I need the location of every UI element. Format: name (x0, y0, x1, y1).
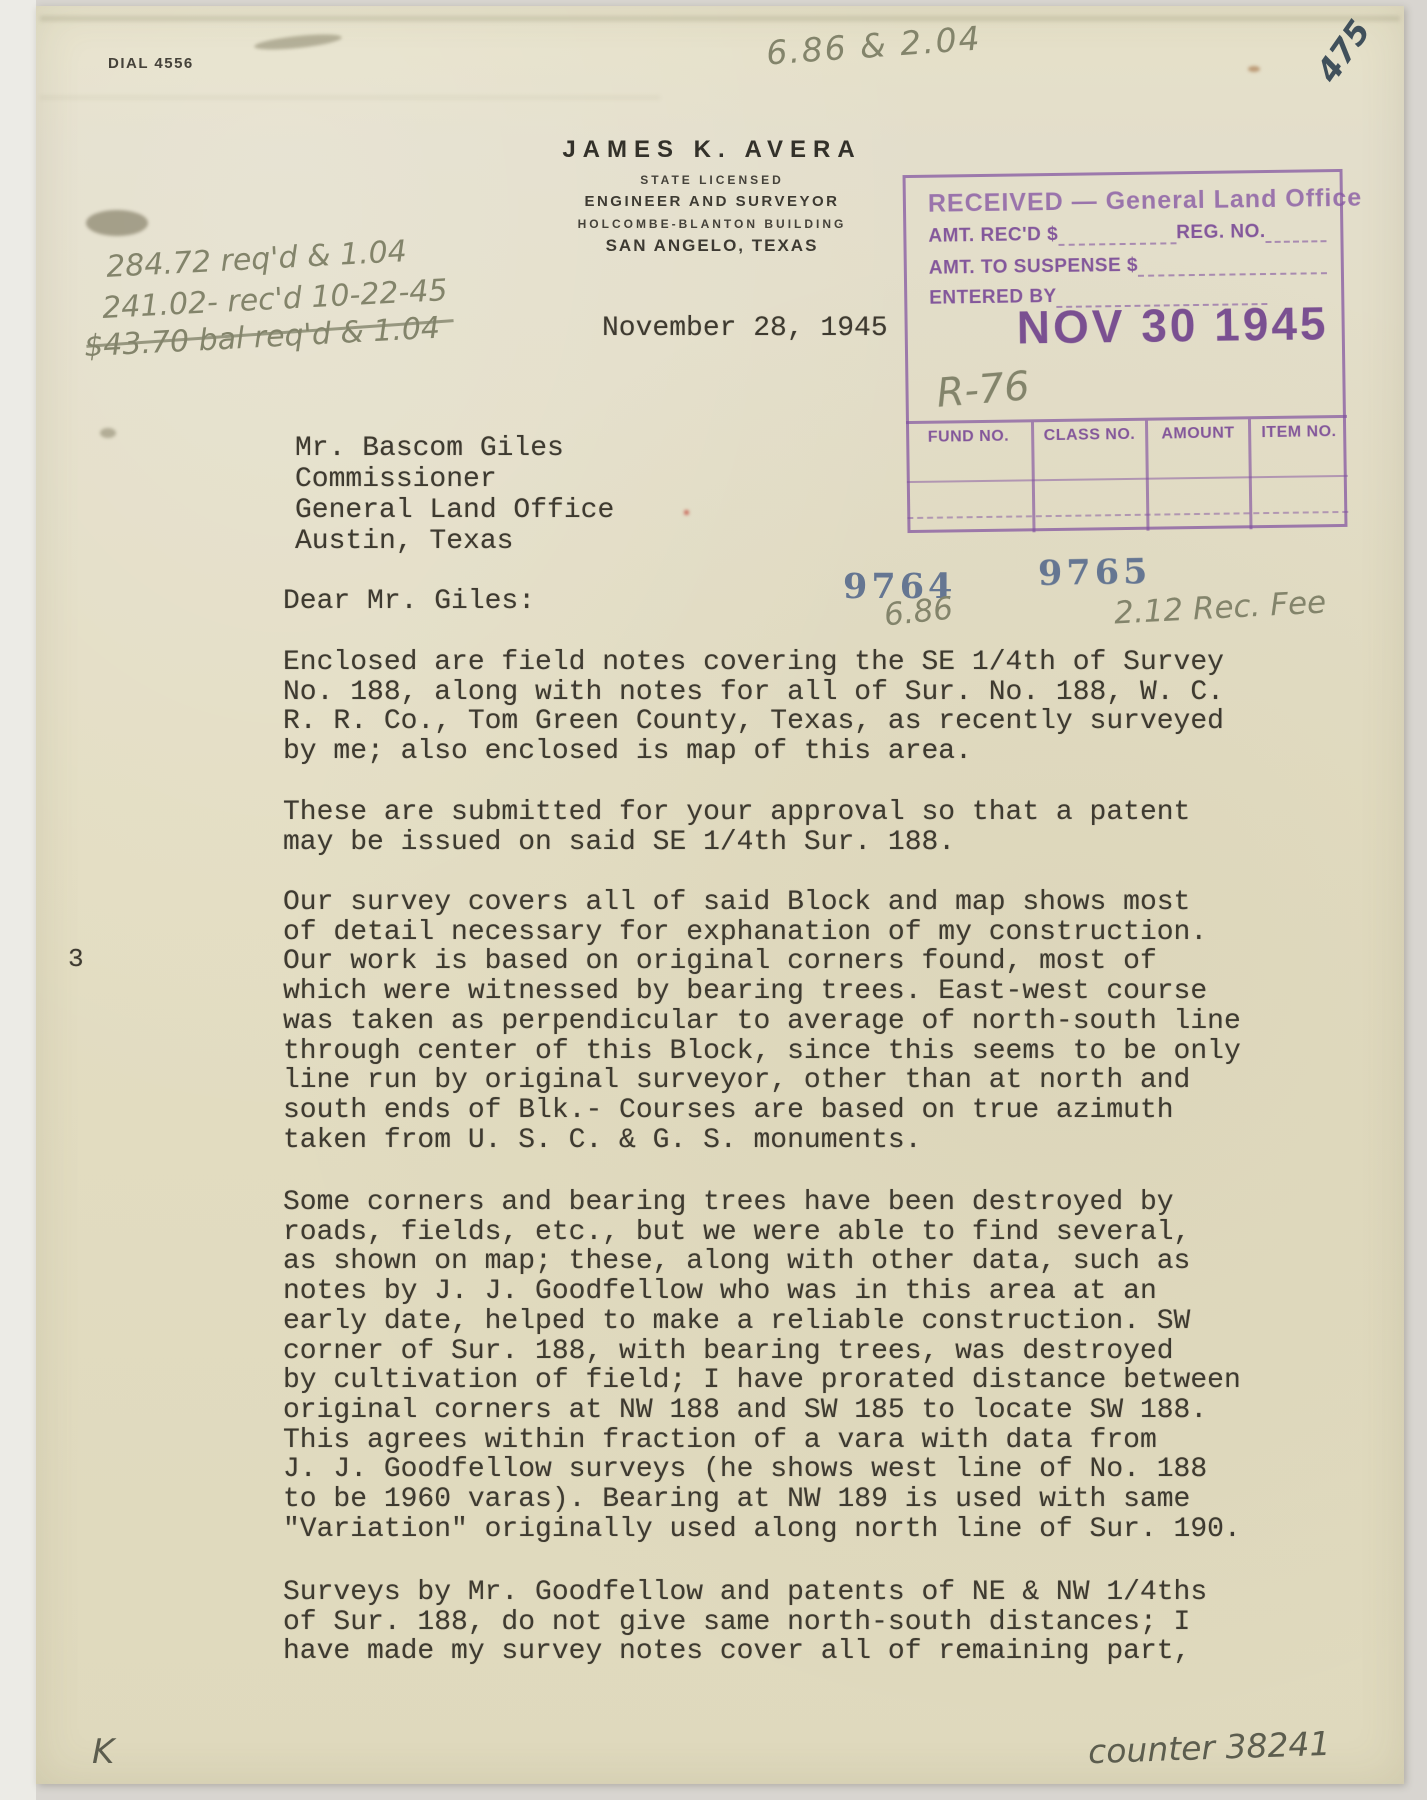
suspense-label: AMT. TO SUSPENSE $ (929, 255, 1139, 280)
paragraph-3: Our survey covers all of said Block and … (283, 888, 1241, 1155)
letterhead-line-building: HOLCOMBE-BLANTON BUILDING (512, 217, 912, 231)
recipient-title: Commissioner (295, 465, 497, 495)
received-stamp-title: RECEIVED — General Land Office (928, 184, 1330, 219)
reg-no-label: REG. NO. (1176, 221, 1266, 244)
suspense-blank (1138, 256, 1327, 277)
letterhead: JAMES K. AVERA STATE LICENSED ENGINEER A… (512, 136, 912, 256)
received-stamp-table: FUND NO. CLASS NO. AMOUNT ITEM NO. (905, 415, 1348, 534)
paper-speck (684, 510, 689, 515)
paragraph-4: Some corners and bearing trees have been… (283, 1188, 1241, 1544)
margin-page-number: 3 (68, 944, 84, 974)
recipient-name: Mr. Bascom Giles (295, 434, 564, 464)
salutation: Dear Mr. Giles: (283, 587, 535, 617)
pencil-reference-number: R-76 (935, 363, 1032, 417)
received-stamp-suspense-row: AMT. TO SUSPENSE $ (929, 252, 1327, 280)
paragraph-1: Enclosed are field notes covering the SE… (283, 648, 1224, 767)
paper-smudge (86, 210, 148, 236)
scanner-edge (0, 0, 36, 1800)
recipient-city: Austin, Texas (295, 527, 513, 557)
paper-crease (40, 96, 660, 99)
letterhead-name: JAMES K. AVERA (512, 136, 912, 164)
paper-crease (40, 16, 1400, 21)
amt-recd-blank (1058, 226, 1176, 246)
paper-smudge (100, 428, 116, 438)
received-stamp: RECEIVED — General Land Office AMT. REC'… (903, 169, 1348, 533)
paragraph-2: These are submitted for your approval so… (283, 798, 1190, 857)
recipient-office: General Land Office (295, 496, 614, 526)
received-stamp-amt-row: AMT. REC'D $ REG. NO. (928, 220, 1326, 248)
scanned-letter: DIAL 4556 JAMES K. AVERA STATE LICENSED … (0, 0, 1427, 1800)
letterhead-phone: DIAL 4556 (108, 55, 194, 72)
received-date-stamp: NOV 30 1945 (1012, 296, 1333, 354)
letter-date: November 28, 1945 (602, 313, 888, 344)
reg-no-blank (1266, 224, 1327, 243)
file-number-stamp-right: 9765 (1038, 551, 1152, 594)
letterhead-line-state-licensed: STATE LICENSED (512, 173, 912, 187)
letterhead-line-city: SAN ANGELO, TEXAS (512, 236, 912, 256)
amt-recd-label: AMT. REC'D $ (928, 224, 1058, 248)
pencil-fee-left: 6.86 (882, 590, 954, 633)
letterhead-line-profession: ENGINEER AND SURVEYOR (512, 193, 912, 210)
bottom-left-mark: K (92, 1732, 114, 1772)
paragraph-5: Surveys by Mr. Goodfellow and patents of… (283, 1578, 1207, 1667)
paper-speck (1248, 66, 1260, 72)
